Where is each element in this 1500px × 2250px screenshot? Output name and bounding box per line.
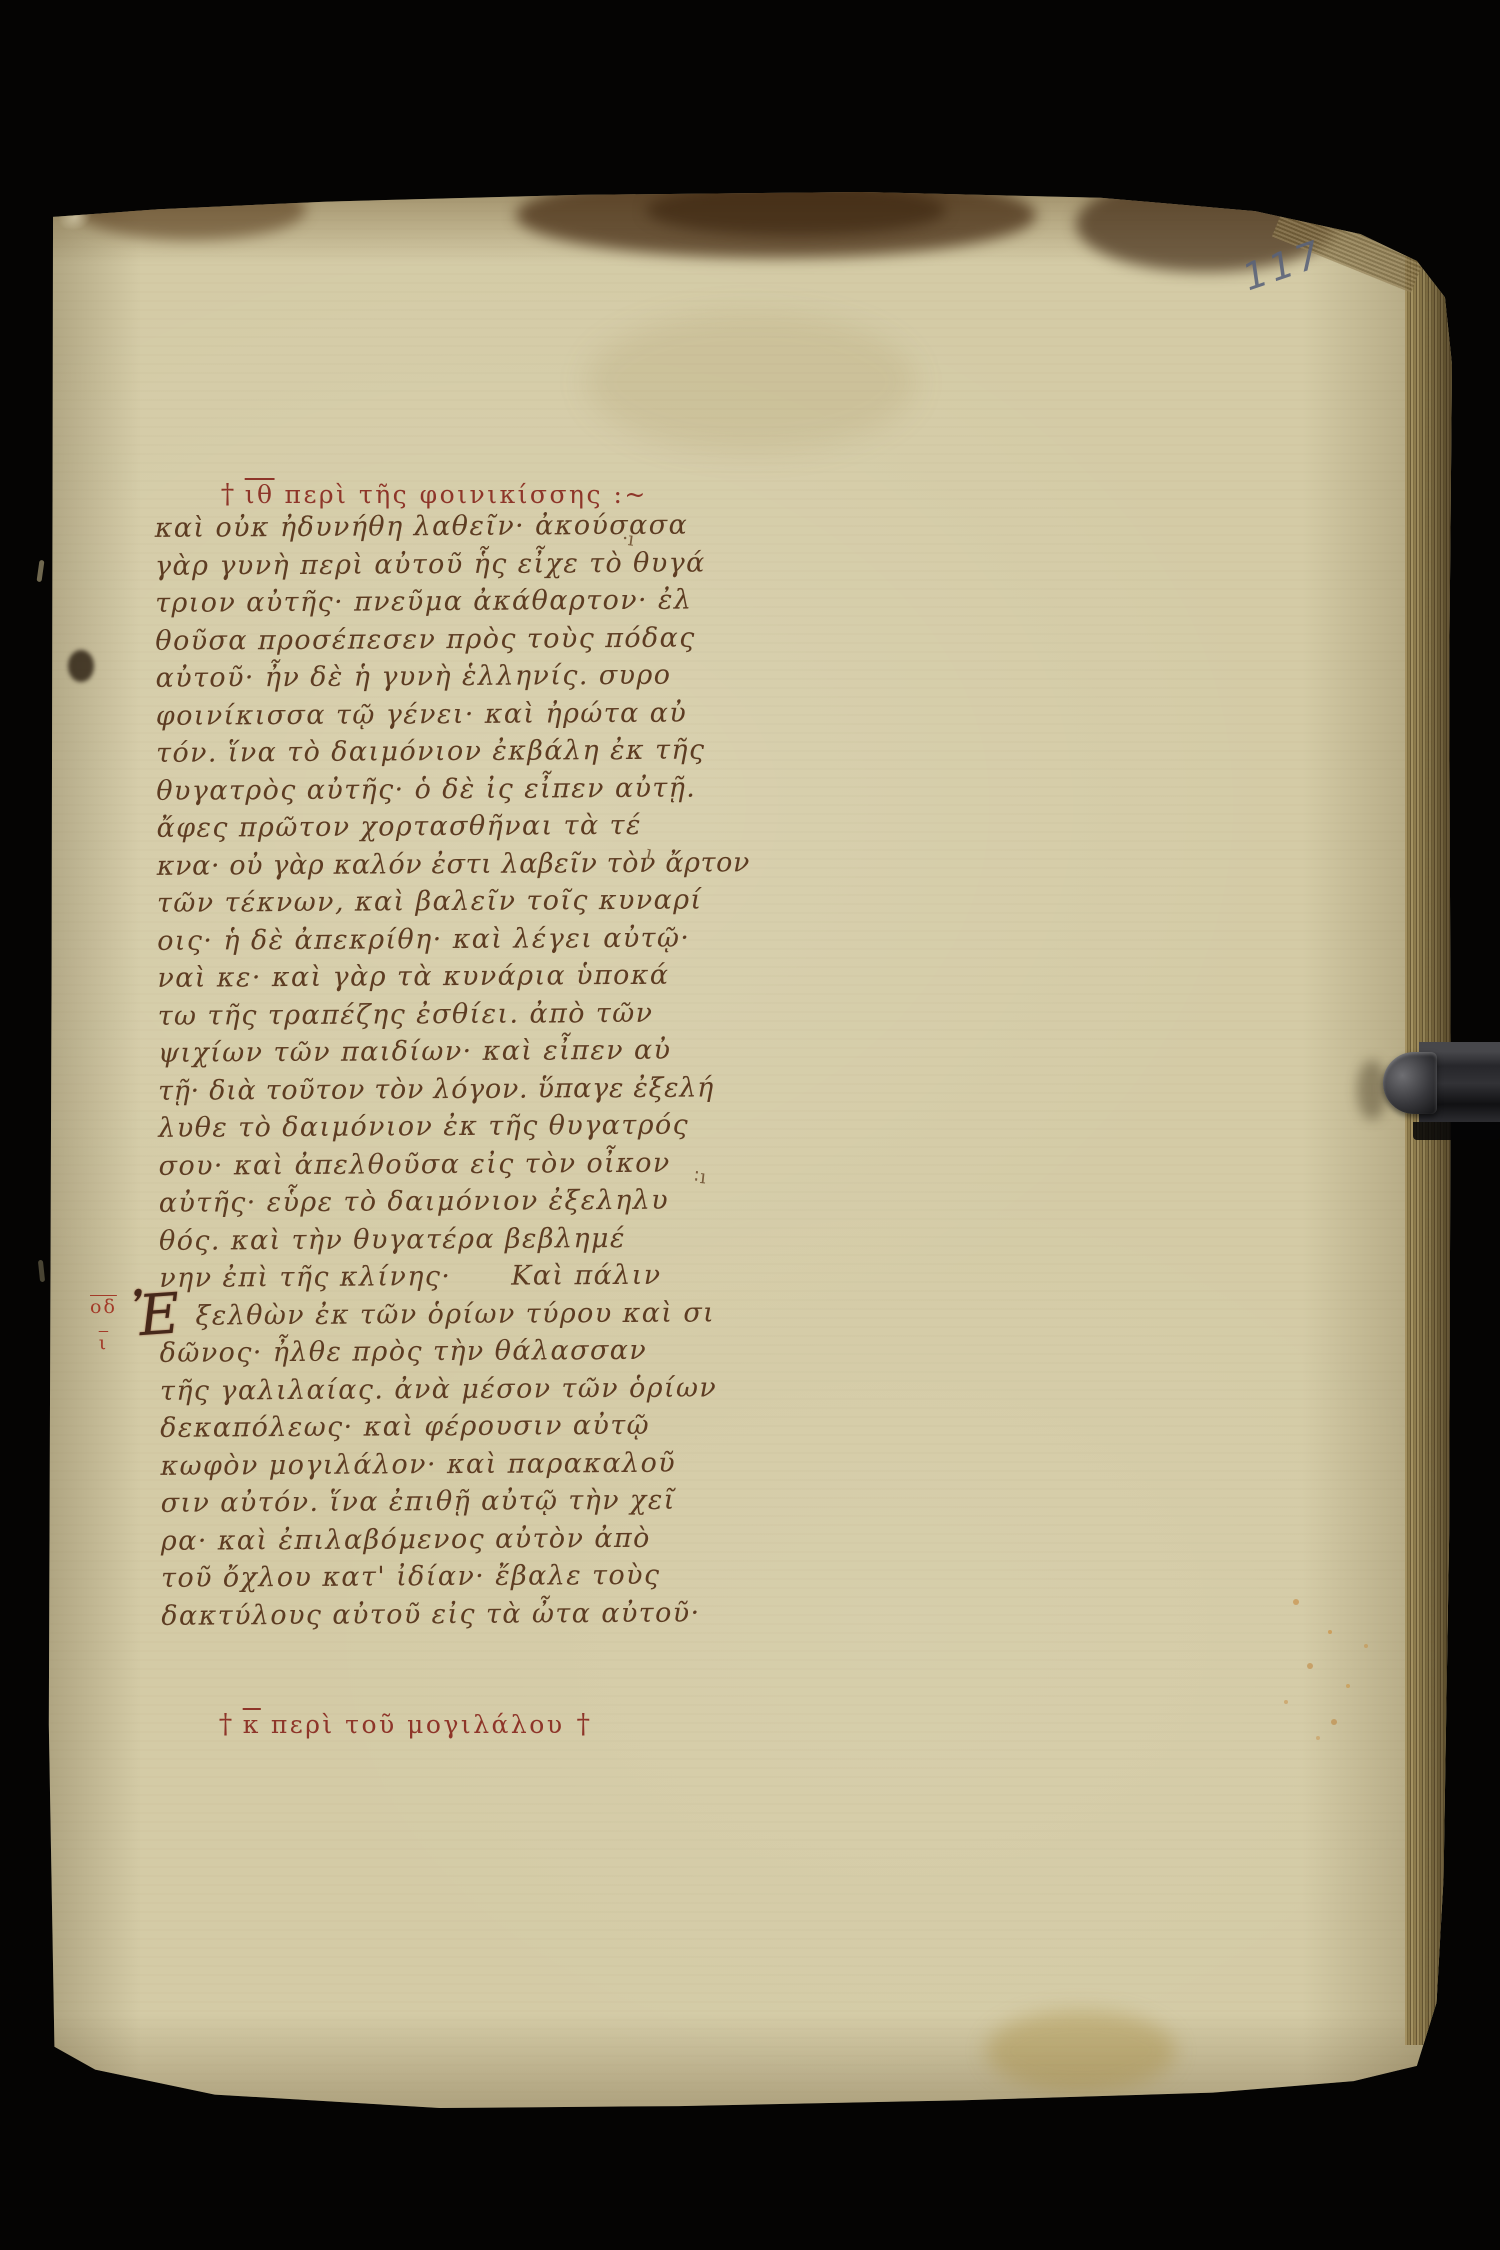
text-line: τόν. ἵνα τὸ δαιμόνιον ἐκβάλη ἐκ τῆς <box>156 731 756 772</box>
text-line: θός. καὶ τὴν θυγατέρα βεβλημέ <box>159 1219 759 1260</box>
text-line: τῇ· διὰ τοῦτον τὸν λόγον. ὕπαγε ἐξελή <box>158 1069 758 1110</box>
text-line: αὐτῆς· εὗρε τὸ δαιμόνιον ἐξεληλυ <box>159 1181 759 1222</box>
ink-spot <box>68 650 94 682</box>
text-line: δῶνος· ἦλθε πρὸς τὴν θάλασσαν <box>160 1331 760 1372</box>
text-line: σου· καὶ ἀπελθοῦσα εἰς τὸν οἶκον <box>158 1144 758 1185</box>
page-clip <box>1383 1040 1500 1142</box>
text-line: ξελθὼν ἐκ τῶν ὁρίων τύρου καὶ σι <box>159 1294 759 1335</box>
end-title: †κπερὶ τοῦ μογιλάλου† <box>156 1680 593 1769</box>
text-line: νην ἐπὶ τῆς κλίνης· Καὶ πάλιν <box>159 1256 759 1297</box>
ammonian-section-number: οδ <box>90 1296 117 1318</box>
parchment-page: 117 †ιθπερὶ τῆς φοινικίσσης :~ καὶ οὐκ ἠ… <box>46 192 1452 2108</box>
text-line: ναὶ κε· καὶ γὰρ τὰ κυνάρια ὑποκά <box>157 956 757 997</box>
chapter-number: ιθ <box>245 480 275 509</box>
text-line: λυθε τὸ δαιμόνιον ἐκ τῆς θυγατρός <box>158 1106 758 1147</box>
binding-stitch <box>38 1260 45 1282</box>
cross-icon: † <box>577 1709 593 1740</box>
foxing-speckles <box>46 192 50 196</box>
text-line: δεκαπόλεως· καὶ φέρουσιν αὐτῷ <box>160 1406 760 1447</box>
text-line: οις· ἡ δὲ ἀπεκρίθη· καὶ λέγει αὐτῷ· <box>157 919 757 960</box>
text-line: θυγατρὸς αὐτῆς· ὁ δὲ ἰς εἶπεν αὐτῇ. <box>156 769 756 810</box>
yellow-stain <box>986 2010 1176 2092</box>
text-line: ψιχίων τῶν παιδίων· καὶ εἶπεν αὐ <box>158 1031 758 1072</box>
text-line: γὰρ γυνὴ περὶ αὐτοῦ ἧς εἶχε τὸ θυγά <box>155 544 755 585</box>
text-line: τοῦ ὄχλου κατ' ἰδίαν· ἔβαλε τοὺς <box>161 1556 761 1597</box>
text-line: τω τῆς τραπέζης ἐσθίει. ἀπὸ τῶν <box>158 994 758 1035</box>
text-line: καὶ οὐκ ἠδυνήθη λαθεῖν· ἀκούσασα <box>155 506 755 547</box>
text-line: κνα· οὐ γὰρ καλόν ἐστι λαβεῖν τὸν ἄρτον <box>157 844 757 885</box>
ekthesis-initial: Ἐ <box>130 1286 182 1345</box>
text-line: ἄφες πρῶτον χορτασθῆναι τὰ τέ <box>156 806 756 847</box>
chapter-number: κ <box>243 1710 261 1739</box>
cross-icon: † <box>221 479 237 510</box>
text-line: σιν αὐτόν. ἵνα ἐπιθῇ αὐτῷ τὴν χεῖ <box>161 1481 761 1522</box>
text-line: τριον αὐτῆς· πνεῦμα ἀκάθαρτον· ἐλ <box>155 581 755 622</box>
burn-stain <box>646 184 946 236</box>
clip-shadow <box>1357 1060 1387 1120</box>
text-line: ρα· καὶ ἐπιλαβόμενος αὐτὸν ἀπὸ <box>161 1519 761 1560</box>
text-line: φοινίκισσα τῷ γένει· καὶ ἠρώτα αὐ <box>156 694 756 735</box>
text-line: θοῦσα προσέπεσεν πρὸς τοὺς πόδας <box>155 619 755 660</box>
cross-icon: † <box>219 1709 235 1740</box>
text-line: τῆς γαλιλαίας. ἀνὰ μέσον τῶν ὁρίων <box>160 1369 760 1410</box>
chapter-title-text: περὶ τῆς φοινικίσσης :~ <box>285 480 648 509</box>
end-title-text: περὶ τοῦ μογιλάλου <box>271 1710 565 1739</box>
margin-section-numbers: οδ ι <box>90 1296 117 1354</box>
text-line: τῶν τέκνων, καὶ βαλεῖν τοῖς κυναρί <box>157 881 757 922</box>
binding-stitch <box>36 560 44 582</box>
text-column: καὶ οὐκ ἠδυνήθη λαθεῖν· ἀκούσασαγὰρ γυνὴ… <box>155 506 762 1635</box>
margin-mark: ∶ı <box>693 1165 708 1188</box>
faint-stain <box>586 312 916 452</box>
manuscript-photo: 117 †ιθπερὶ τῆς φοινικίσσης :~ καὶ οὐκ ἠ… <box>0 0 1500 2250</box>
text-line: δακτύλους αὐτοῦ εἰς τὰ ὦτα αὐτοῦ· <box>161 1594 761 1635</box>
text-line: κωφὸν μογιλάλον· καὶ παρακαλοῦ <box>160 1444 760 1485</box>
eusebian-canon-number: ι <box>90 1332 117 1354</box>
clip-reflection <box>1413 1122 1500 1140</box>
burn-stain <box>76 178 306 240</box>
clip-tip <box>1383 1052 1437 1114</box>
fore-edge-page-stack <box>1405 253 1452 2044</box>
text-line: αὐτοῦ· ἦν δὲ ἡ γυνὴ ἑλληνίς. συρο <box>155 656 755 697</box>
